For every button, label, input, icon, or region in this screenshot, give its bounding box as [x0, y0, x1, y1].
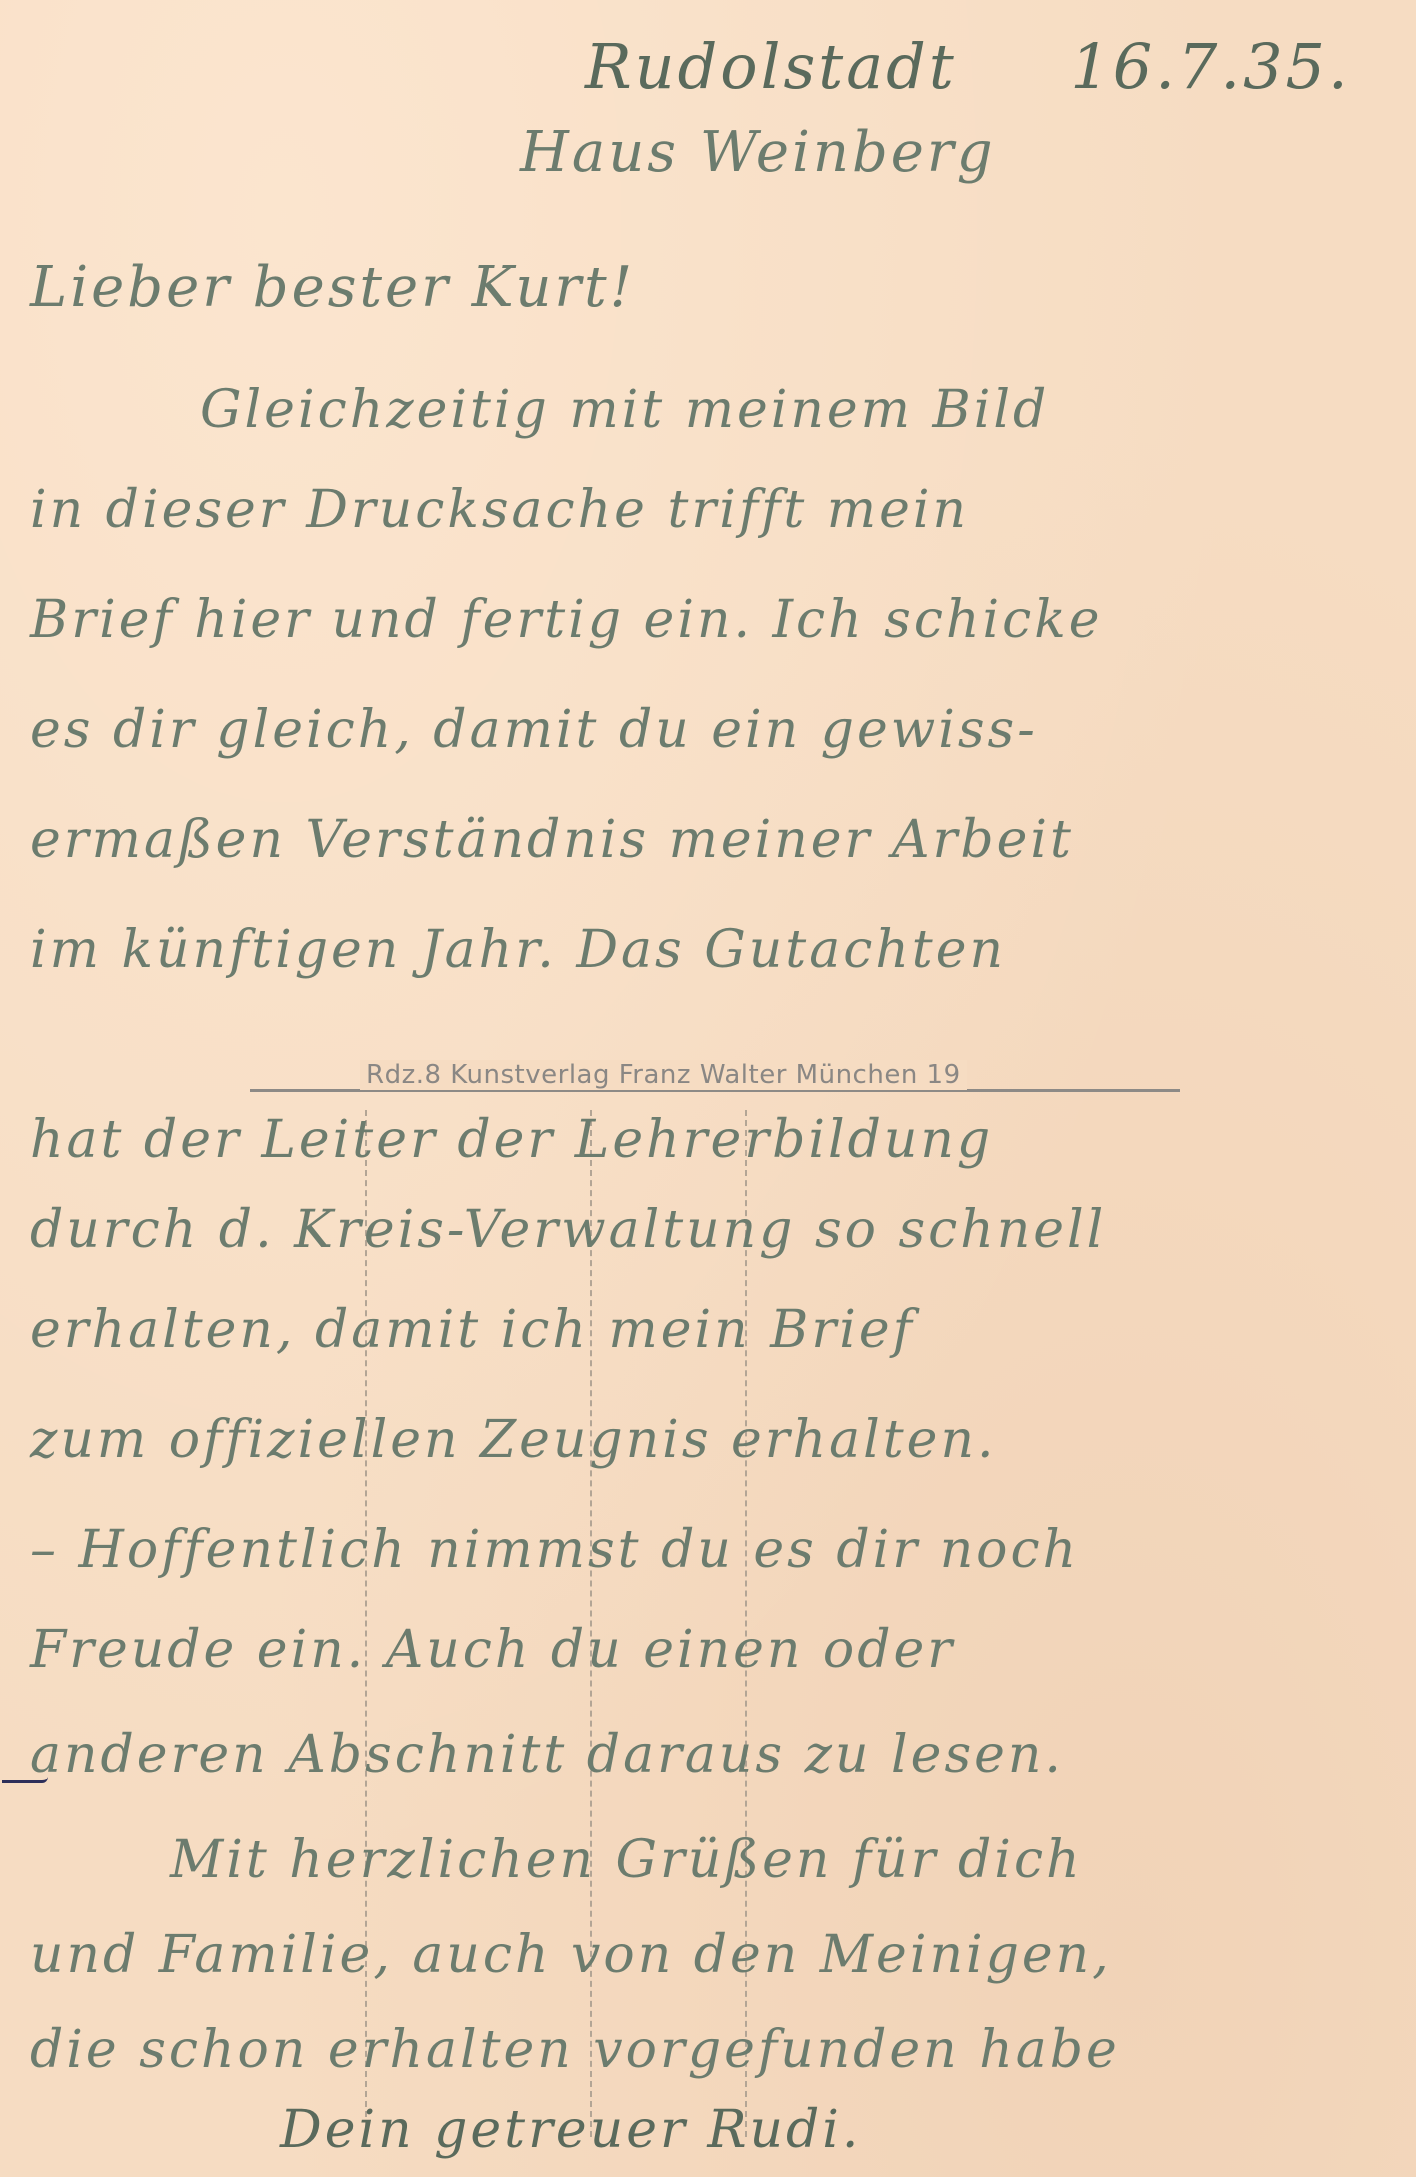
body-line: und Familie, auch von den Meinigen, — [30, 1925, 1112, 1985]
body-line: hat der Leiter der Lehrerbildung — [30, 1110, 993, 1170]
body-line: Gleichzeitig mit meinem Bild — [200, 380, 1049, 440]
body-line: im künftigen Jahr. Das Gutachten — [30, 920, 1006, 980]
place-text: Rudolstadt — [585, 30, 957, 103]
dateline: Rudolstadt 16.7.35. — [585, 30, 1351, 103]
body-line: durch d. Kreis-Verwaltung so schnell — [30, 1200, 1106, 1260]
body-line: die schon erhalten vorgefunden habe — [30, 2020, 1120, 2080]
address-text: Haus Weinberg — [520, 120, 996, 185]
date-text: 16.7.35. — [1070, 30, 1350, 103]
body-line: in dieser Drucksache trifft mein — [30, 480, 969, 540]
body-line: anderen Abschnitt daraus zu lesen. — [30, 1725, 1064, 1785]
body-line: – Hoffentlich nimmst du es dir noch — [30, 1520, 1079, 1580]
body-line: Freude ein. Auch du einen oder — [30, 1620, 955, 1680]
body-line: erhalten, damit ich mein Brief — [30, 1300, 915, 1360]
body-line: Brief hier und fertig ein. Ich schicke — [30, 590, 1103, 650]
body-line: ermaßen Verständnis meiner Arbeit — [30, 810, 1074, 870]
body-line: Mit herzlichen Grüßen für dich — [170, 1830, 1083, 1890]
postcard: Rudolstadt 16.7.35. Haus Weinberg Lieber… — [0, 0, 1416, 2177]
signature: Dein getreuer Rudi. — [280, 2100, 861, 2160]
salutation: Lieber bester Kurt! — [30, 255, 635, 320]
body-line: es dir gleich, damit du ein gewiss- — [30, 700, 1038, 760]
margin-pen-mark — [2, 1740, 48, 1783]
body-line: zum offiziellen Zeugnis erhalten. — [30, 1410, 996, 1470]
publisher-imprint: Rdz.8 Kunstverlag Franz Walter München 1… — [360, 1060, 967, 1090]
